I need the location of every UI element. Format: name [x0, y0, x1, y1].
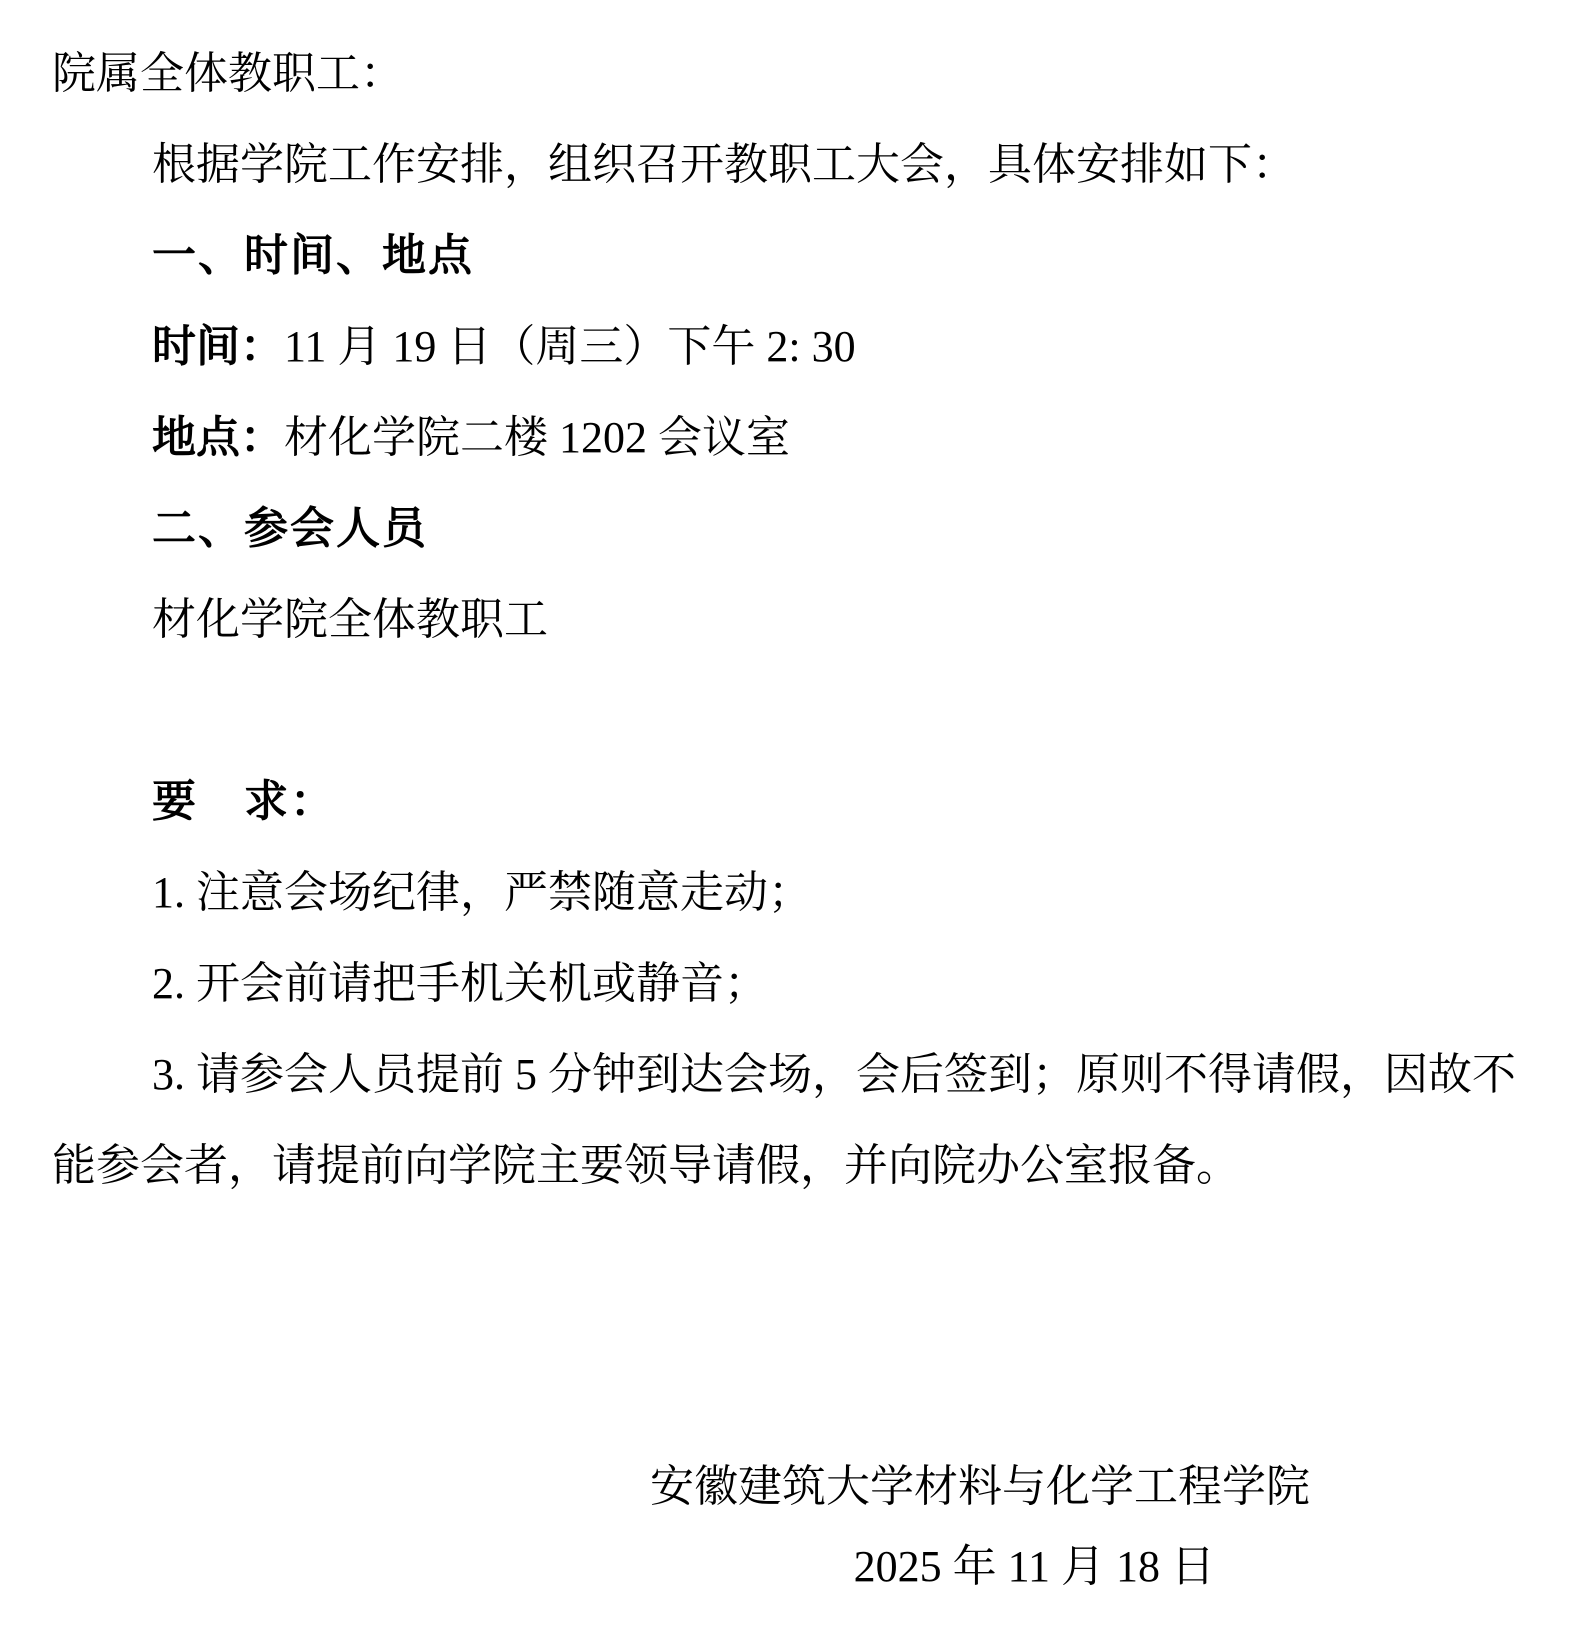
section2-heading: 二、参会人员	[52, 483, 1535, 574]
intro-paragraph: 根据学院工作安排，组织召开教职工大会，具体安排如下：	[52, 119, 1535, 210]
requirements-heading: 要 求：	[52, 756, 1535, 847]
meeting-notice-document: 院属全体教职工： 根据学院工作安排，组织召开教职工大会，具体安排如下： 一、时间…	[0, 0, 1587, 1639]
participants-line: 材化学院全体教职工	[52, 574, 1535, 665]
requirement-item-3: 3. 请参会人员提前 5 分钟到达会场，会后签到；原则不得请假，因故不能参会者，…	[52, 1029, 1535, 1211]
time-line: 时间：11 月 19 日（周三）下午 2: 30	[52, 301, 1535, 392]
signature-org: 安徽建筑大学材料与化学工程学院	[52, 1447, 1535, 1527]
place-value: 材化学院二楼 1202 会议室	[284, 413, 790, 462]
section1-heading: 一、时间、地点	[52, 210, 1535, 301]
place-line: 地点：材化学院二楼 1202 会议室	[52, 392, 1535, 483]
time-label: 时间：	[152, 322, 284, 371]
signature-block: 安徽建筑大学材料与化学工程学院 2025 年 11 月 18 日	[52, 1447, 1535, 1607]
place-label: 地点：	[152, 413, 284, 462]
blank-line	[52, 665, 1535, 756]
time-value: 11 月 19 日（周三）下午 2: 30	[284, 322, 856, 371]
requirement-item-1: 1. 注意会场纪律，严禁随意走动；	[52, 847, 1535, 938]
requirement-item-2: 2. 开会前请把手机关机或静音；	[52, 938, 1535, 1029]
salutation: 院属全体教职工：	[52, 28, 1535, 119]
signature-date: 2025 年 11 月 18 日	[52, 1527, 1535, 1607]
